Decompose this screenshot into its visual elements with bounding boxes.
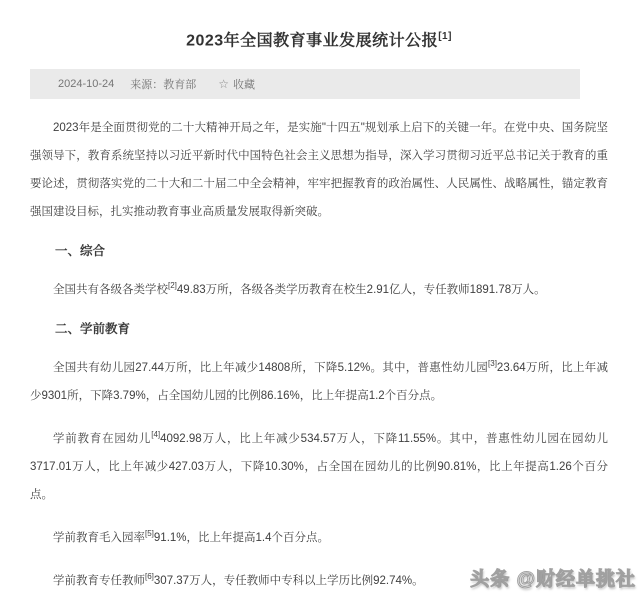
- article-body: 2023年是全面贯彻党的二十大精神开局之年，是实施"十四五"规划承上启下的关键一…: [30, 114, 608, 595]
- paragraph-overview: 全国共有各级各类学校[2]49.83万所，各级各类学历教育在校生2.91亿人，专…: [30, 276, 608, 304]
- footnote-ref-5: [5]: [145, 530, 154, 539]
- page-title-text: 2023年全国教育事业发展统计公报: [186, 32, 438, 49]
- toutiao-watermark: 头条 @财经单挑社: [470, 564, 636, 591]
- favorite-label: 收藏: [233, 76, 255, 92]
- article-content: 2023年全国教育事业发展统计公报[1] 2024-10-24 来源：教育部 ☆…: [30, 0, 608, 595]
- paragraph-intro: 2023年是全面贯彻党的二十大精神开局之年，是实施"十四五"规划承上启下的关键一…: [30, 114, 608, 226]
- paragraph-teachers-part1: 学前教育专任教师: [53, 575, 145, 587]
- paragraph-rate-part2: 91.1%，比上年提高1.4个百分点。: [154, 532, 329, 544]
- meta-bar: 2024-10-24 来源：教育部 ☆ 收藏: [30, 69, 580, 99]
- article-source: 来源：教育部: [130, 76, 196, 92]
- paragraph-enrolled-part1: 学前教育在园幼儿: [53, 433, 151, 445]
- footnote-ref-4: [4]: [151, 431, 160, 440]
- paragraph-overview-part2: 49.83万所，各级各类学历教育在校生2.91亿人，专任教师1891.78万人。: [177, 284, 546, 296]
- paragraph-teachers-part2: 307.37万人，专任教师中专科以上学历比例92.74%。: [154, 575, 424, 587]
- star-icon: ☆: [218, 77, 229, 91]
- paragraph-kindergartens-part1: 全国共有幼儿园27.44万所，比上年减少14808所，下降5.12%。其中，普惠…: [53, 362, 488, 374]
- footnote-ref-3: [3]: [488, 360, 497, 369]
- paragraph-rate-part1: 学前教育毛入园率: [53, 532, 145, 544]
- paragraph-enrolled-children: 学前教育在园幼儿[4]4092.98万人，比上年减少534.57万人，下降11.…: [30, 425, 608, 509]
- paragraph-overview-part1: 全国共有各级各类学校: [53, 284, 168, 296]
- title-footnote-sup: [1]: [438, 31, 452, 42]
- page-title: 2023年全国教育事业发展统计公报[1]: [30, 0, 608, 53]
- footnote-ref-6: [6]: [145, 573, 154, 582]
- publish-date: 2024-10-24: [58, 78, 114, 90]
- paragraph-intro-text: 2023年是全面贯彻党的二十大精神开局之年，是实施"十四五"规划承上启下的关键一…: [30, 122, 608, 218]
- paragraph-gross-enrollment-rate: 学前教育毛入园率[5]91.1%，比上年提高1.4个百分点。: [30, 524, 608, 552]
- favorite-button[interactable]: ☆ 收藏: [218, 76, 255, 92]
- section-heading-preschool: 二、学前教育: [30, 319, 608, 339]
- paragraph-kindergartens: 全国共有幼儿园27.44万所，比上年减少14808所，下降5.12%。其中，普惠…: [30, 354, 608, 410]
- section-heading-overview: 一、综合: [30, 241, 608, 261]
- article-page: 2023年全国教育事业发展统计公报[1] 2024-10-24 来源：教育部 ☆…: [0, 0, 640, 599]
- footnote-ref-2: [2]: [168, 282, 177, 291]
